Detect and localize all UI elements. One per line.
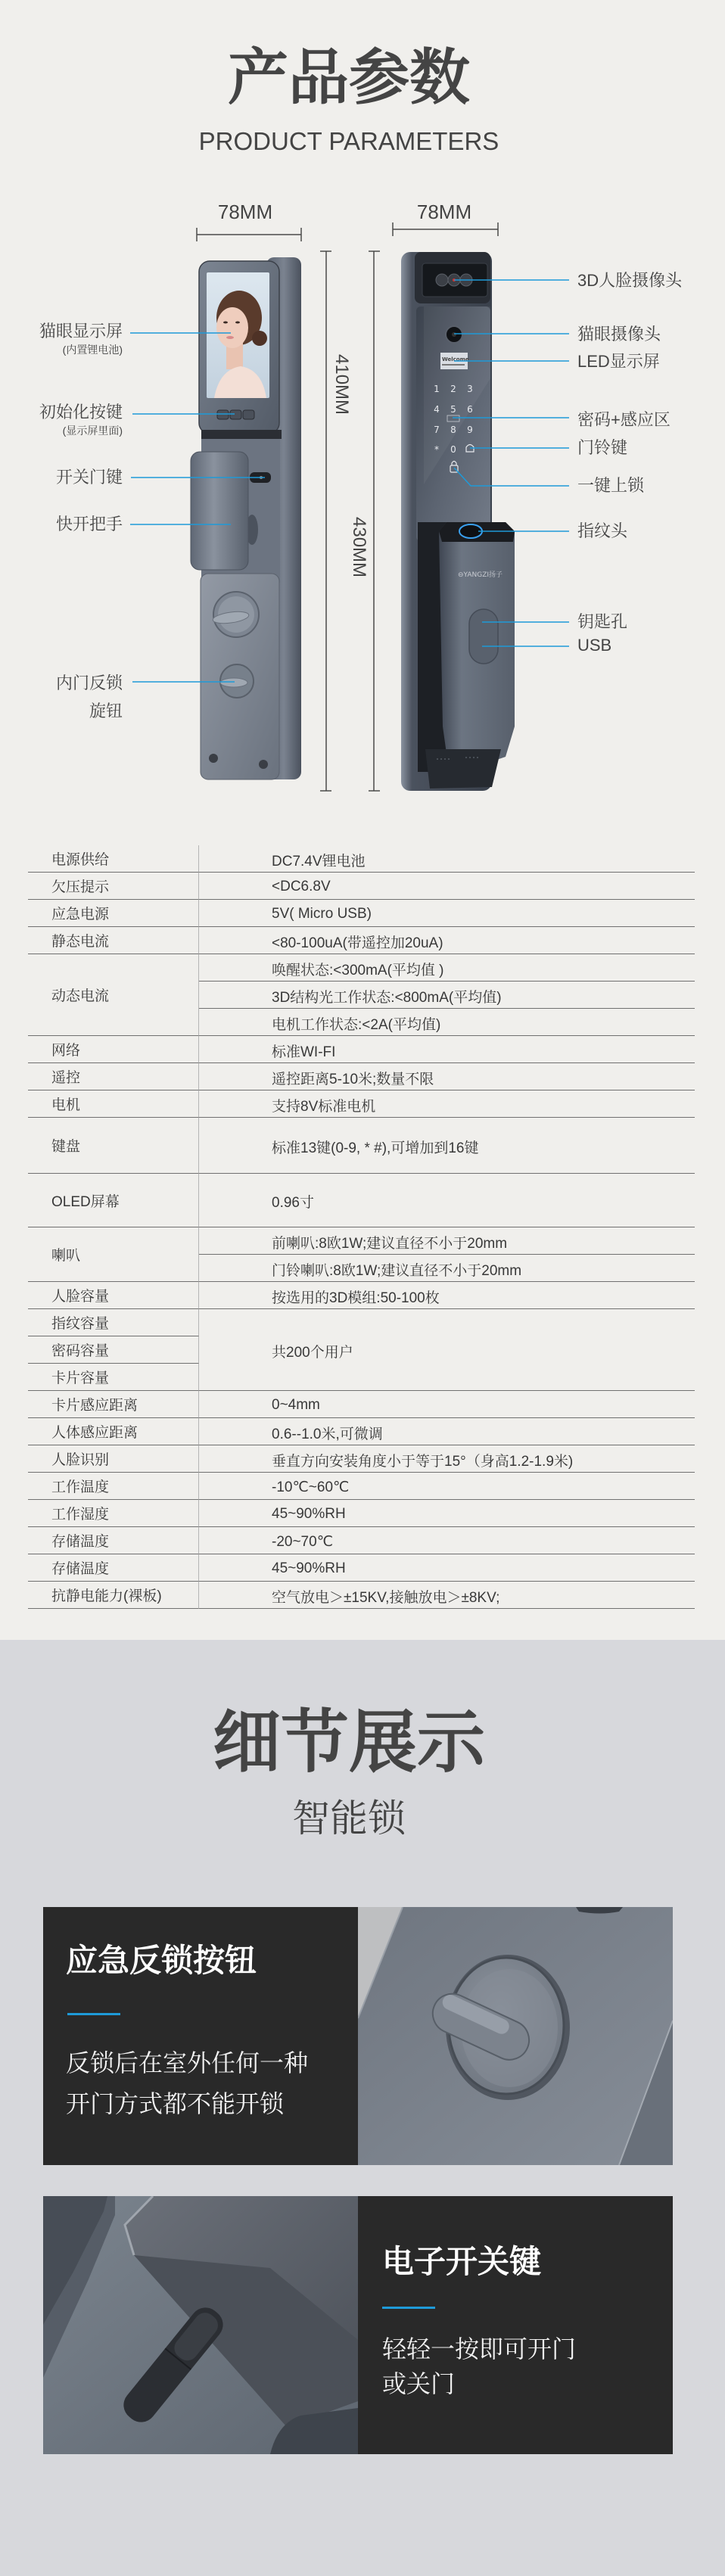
spec-value: 前喇叭:8欧1W;建议直径不小于20mm <box>199 1227 695 1255</box>
spec-label: 人体感应距离 <box>28 1418 199 1445</box>
spec-label: 动态电流 <box>28 954 199 1036</box>
detail-card-title: 应急反锁按钮 <box>66 1945 257 1977</box>
callout-inner-lock-line2: 旋钮 <box>89 702 123 720</box>
spec-value: 标准13键(0-9, * #),可增加到16键 <box>199 1118 695 1174</box>
spec-table: 电源供给 DC7.4V锂电池 欠压提示 <DC6.8V 应急电源 5V( Mic… <box>28 845 695 1609</box>
lock-knob-icon <box>212 592 259 637</box>
brand-logo: ⊖YANGZI扬子 <box>458 570 503 579</box>
detail-card-text: 开门方式都不能开锁 <box>66 2091 284 2117</box>
callout-inner-lock: 内门反锁 <box>56 674 123 692</box>
callout-init-button: 初始化按键 <box>39 403 123 422</box>
lock-back-view <box>191 257 301 779</box>
key-9: 9 <box>467 425 473 435</box>
callout-quick-handle: 快开把手 <box>56 515 123 534</box>
spec-value: 3D结构光工作状态:<800mA(平均值) <box>199 982 695 1009</box>
key-0: 0 <box>450 444 456 455</box>
spec-value: 5V( Micro USB) <box>199 900 695 927</box>
knob-closeup-image <box>358 1907 673 2165</box>
lock-front-view: Welcome 1 2 3 4 5 6 7 8 9 * 0 <box>401 252 515 791</box>
spec-label: 欠压提示 <box>28 873 199 900</box>
spec-label: 卡片容量 <box>28 1364 199 1391</box>
spec-label: 密码容量 <box>28 1336 199 1364</box>
front-width-label: 78MM <box>391 201 497 223</box>
callout-peephole-screen-note: (内置锂电池) <box>63 344 123 356</box>
key-star: * <box>434 444 439 455</box>
callout-one-key-lock: 一键上锁 <box>577 477 644 495</box>
portrait-image <box>207 272 269 398</box>
spec-value: DC7.4V锂电池 <box>199 845 695 873</box>
accent-divider <box>67 2013 120 2015</box>
quick-open-handle <box>191 452 248 570</box>
spec-label: 抗静电能力(裸板) <box>28 1582 199 1609</box>
detail-text-panel: 应急反锁按钮 反锁后在室外任何一种 开门方式都不能开锁 <box>43 1907 358 2165</box>
callout-init-button-note: (显示屏里面) <box>63 425 123 437</box>
detail-text-panel: 电子开关键 轻轻一按即可开门 或关门 <box>358 2196 673 2454</box>
front-height-label: 430MM <box>350 517 368 577</box>
callout-fingerprint: 指纹头 <box>577 522 627 540</box>
spec-value: 45~90%RH <box>199 1554 695 1582</box>
details-title: 细节展示 <box>0 1709 698 1777</box>
spec-value: 共200个用户 <box>199 1309 695 1391</box>
spec-value: 按选用的3D模组:50-100枚 <box>199 1282 695 1309</box>
callout-peephole-camera: 猫眼摄像头 <box>577 325 661 344</box>
callout-led-display: LED显示屏 <box>577 353 660 371</box>
callout-usb: USB <box>577 636 611 655</box>
spec-label: 工作温度 <box>28 1473 199 1500</box>
detail-card-text: 轻轻一按即可开门 <box>382 2336 576 2362</box>
spec-value: 门铃喇叭:8欧1W;建议直径不小于20mm <box>199 1255 695 1282</box>
spec-value: 45~90%RH <box>199 1500 695 1527</box>
accent-divider <box>382 2307 435 2309</box>
spec-value: -10℃~60℃ <box>199 1473 695 1500</box>
inner-lock-knob-icon <box>220 664 254 698</box>
spec-value: 标准WI-FI <box>199 1036 695 1063</box>
back-width-label: 78MM <box>192 201 298 223</box>
spec-label: 人脸容量 <box>28 1282 199 1309</box>
key-3: 3 <box>467 384 473 394</box>
spec-value: 垂直方向安装角度小于等于15°（身高1.2-1.9米) <box>199 1445 695 1473</box>
spec-value: 唤醒状态:<300mA(平均值 ) <box>199 954 695 982</box>
peephole-camera-icon <box>446 326 462 343</box>
spec-label: 卡片感应距离 <box>28 1391 199 1418</box>
spec-value: 遥控距离5-10米;数量不限 <box>199 1063 695 1090</box>
spec-label: 电机 <box>28 1090 199 1118</box>
spec-label: 工作湿度 <box>28 1500 199 1527</box>
key-2: 2 <box>450 384 456 394</box>
key-7: 7 <box>434 425 440 435</box>
back-height-label: 410MM <box>332 354 350 415</box>
detail-card-text: 或关门 <box>382 2371 455 2397</box>
keyhole-cover <box>469 609 498 664</box>
callout-peephole-screen: 猫眼显示屏 <box>39 322 123 341</box>
details-subtitle: 智能锁 <box>0 1800 698 1837</box>
spec-value: 空气放电＞±15KV,接触放电＞±8KV; <box>199 1582 695 1609</box>
spec-value: 0.96寸 <box>199 1174 695 1227</box>
detail-card-emergency-lock: 应急反锁按钮 反锁后在室外任何一种 开门方式都不能开锁 <box>43 1907 673 2165</box>
key-4: 4 <box>434 404 440 415</box>
spec-label: 网络 <box>28 1036 199 1063</box>
spec-value: 0.6--1.0米,可微调 <box>199 1418 695 1445</box>
callout-doorbell: 门铃键 <box>577 439 627 457</box>
key-6: 6 <box>467 404 473 415</box>
callout-door-switch: 开关门键 <box>56 468 123 487</box>
spec-value: -20~70℃ <box>199 1527 695 1554</box>
spec-label: 遥控 <box>28 1063 199 1090</box>
key-5: 5 <box>450 404 456 415</box>
detail-card-title: 电子开关键 <box>382 2246 541 2278</box>
callout-keyhole: 钥匙孔 <box>577 613 627 631</box>
emergency-lock-knob-photo <box>358 1907 673 2165</box>
spec-value: 支持8V标准电机 <box>199 1090 695 1118</box>
switch-closeup-image <box>43 2196 358 2454</box>
svg-text:Welcome: Welcome <box>442 356 469 362</box>
spec-label: 电源供给 <box>28 845 199 873</box>
callout-3d-face-camera: 3D人脸摄像头 <box>577 272 682 290</box>
detail-card-electronic-switch: 电子开关键 轻轻一按即可开门 或关门 <box>43 2196 673 2454</box>
key-8: 8 <box>450 425 456 435</box>
spec-value: <DC6.8V <box>199 873 695 900</box>
spec-label: 静态电流 <box>28 927 199 954</box>
init-buttons <box>217 410 254 419</box>
spec-value: 电机工作状态:<2A(平均值) <box>199 1009 695 1036</box>
detail-card-text: 反锁后在室外任何一种 <box>66 2050 308 2076</box>
spec-label: 应急电源 <box>28 900 199 927</box>
product-parameters-section: 产品参数 PRODUCT PARAMETERS <box>0 0 725 1640</box>
spec-label: 存储温度 <box>28 1527 199 1554</box>
spec-label: OLED屏幕 <box>28 1174 199 1227</box>
spec-label: 人脸识别 <box>28 1445 199 1473</box>
spec-label: 喇叭 <box>28 1227 199 1282</box>
callout-keypad-sensor: 密码+感应区 <box>577 411 671 429</box>
spec-label: 指纹容量 <box>28 1309 199 1336</box>
spec-value: 0~4mm <box>199 1391 695 1418</box>
key-1: 1 <box>434 384 440 394</box>
spec-value: <80-100uA(带遥控加20uA) <box>199 927 695 954</box>
electronic-switch-photo <box>43 2196 358 2454</box>
spec-label: 存储温度 <box>28 1554 199 1582</box>
spec-label: 键盘 <box>28 1118 199 1174</box>
